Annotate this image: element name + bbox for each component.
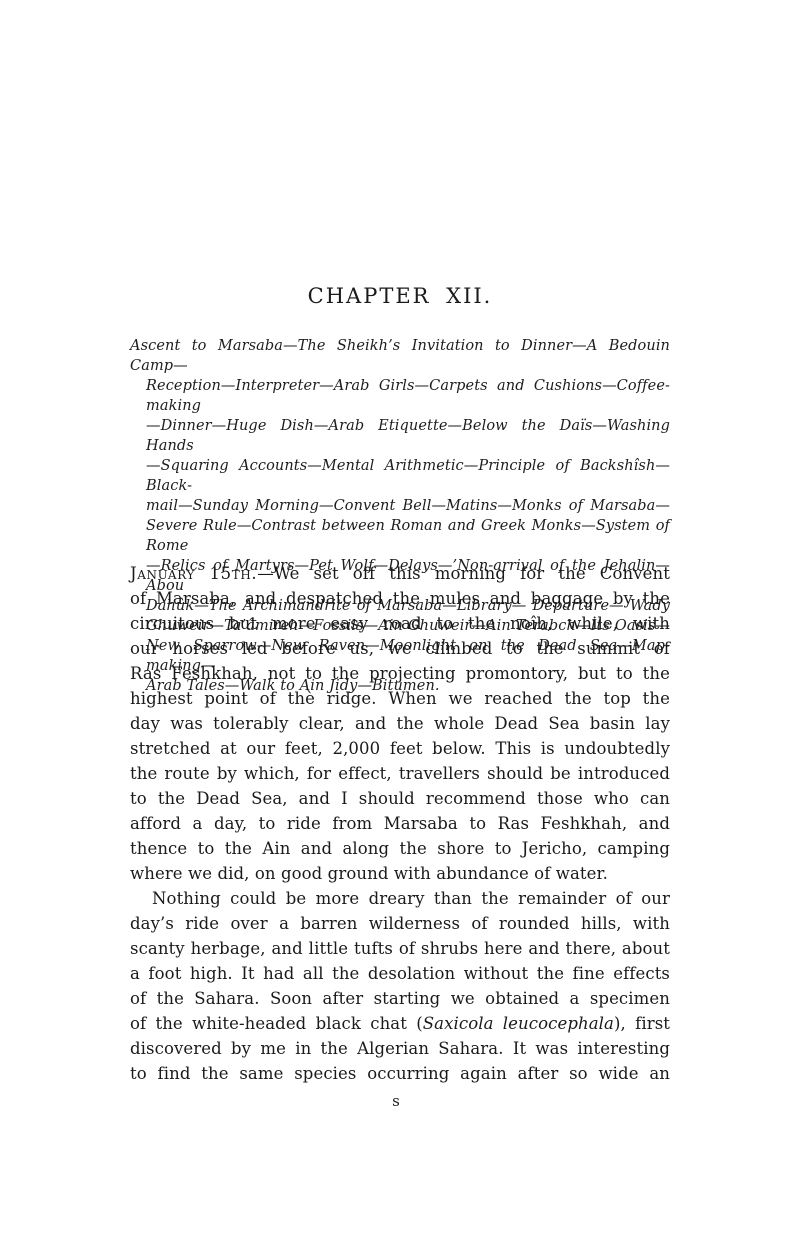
- body-line: a foot high. It had all the desolation w…: [130, 961, 670, 986]
- body-line: day’s ride over a barren wilderness of r…: [130, 911, 670, 936]
- body-line: where we did, on good ground with abunda…: [130, 861, 670, 886]
- summary-line: Ascent to Marsaba—The Sheikh’s Invitatio…: [130, 336, 670, 376]
- body-line: day was tolerably clear, and the whole D…: [130, 711, 670, 736]
- date-lead: January 15th.: [130, 564, 257, 583]
- chapter-heading: CHAPTER XII.: [130, 284, 670, 308]
- body-line: Ras Feshkhah, not to the projecting prom…: [130, 661, 670, 686]
- body-line-text: —We set off this morning for the Convent: [257, 564, 670, 583]
- body-line: afford a day, to ride from Marsaba to Ra…: [130, 811, 670, 836]
- body-line: our horses led before us, we climbed to …: [130, 636, 670, 661]
- body-line: the route by which, for effect, travelle…: [130, 761, 670, 786]
- species-name: Saxicola leucocephala: [423, 1014, 614, 1033]
- body-line: stretched at our feet, 2,000 feet below.…: [130, 736, 670, 761]
- body-line: of Marsaba, and despatched the mules and…: [130, 586, 670, 611]
- summary-line: —Squaring Accounts—Mental Arithmetic—Pri…: [130, 456, 670, 496]
- body-line: circuitous but more easy road to the noı…: [130, 611, 670, 636]
- body-line: Nothing could be more dreary than the re…: [130, 886, 670, 911]
- signature-mark: s: [130, 1092, 662, 1110]
- summary-line: mail—Sunday Morning—Convent Bell—Matins—…: [130, 496, 670, 516]
- body-line: of the white-headed black chat (Saxicola…: [130, 1011, 670, 1036]
- body-line-text: ), first: [614, 1014, 670, 1033]
- summary-line: —Dinner—Huge Dish—Arab Etiquette—Below t…: [130, 416, 670, 456]
- book-page: CHAPTER XII. Ascent to Marsaba—The Sheik…: [0, 0, 800, 1237]
- summary-line: Severe Rule—Contrast between Roman and G…: [130, 516, 670, 556]
- body-line: discovered by me in the Algerian Sahara.…: [130, 1036, 670, 1061]
- body-line: scanty herbage, and little tufts of shru…: [130, 936, 670, 961]
- body-line: January 15th.—We set off this morning fo…: [130, 561, 670, 586]
- body-line: of the Sahara. Soon after starting we ob…: [130, 986, 670, 1011]
- body-line: thence to the Ain and along the shore to…: [130, 836, 670, 861]
- body-line-text: of the white-headed black chat (: [130, 1014, 423, 1033]
- body-line: to the Dead Sea, and I should recommend …: [130, 786, 670, 811]
- summary-line: Reception—Interpreter—Arab Girls—Carpets…: [130, 376, 670, 416]
- body-line: highest point of thè ridge. When we reac…: [130, 686, 670, 711]
- body-text: January 15th.—We set off this morning fo…: [130, 561, 670, 1086]
- body-line: to find the same species occurring again…: [130, 1061, 670, 1086]
